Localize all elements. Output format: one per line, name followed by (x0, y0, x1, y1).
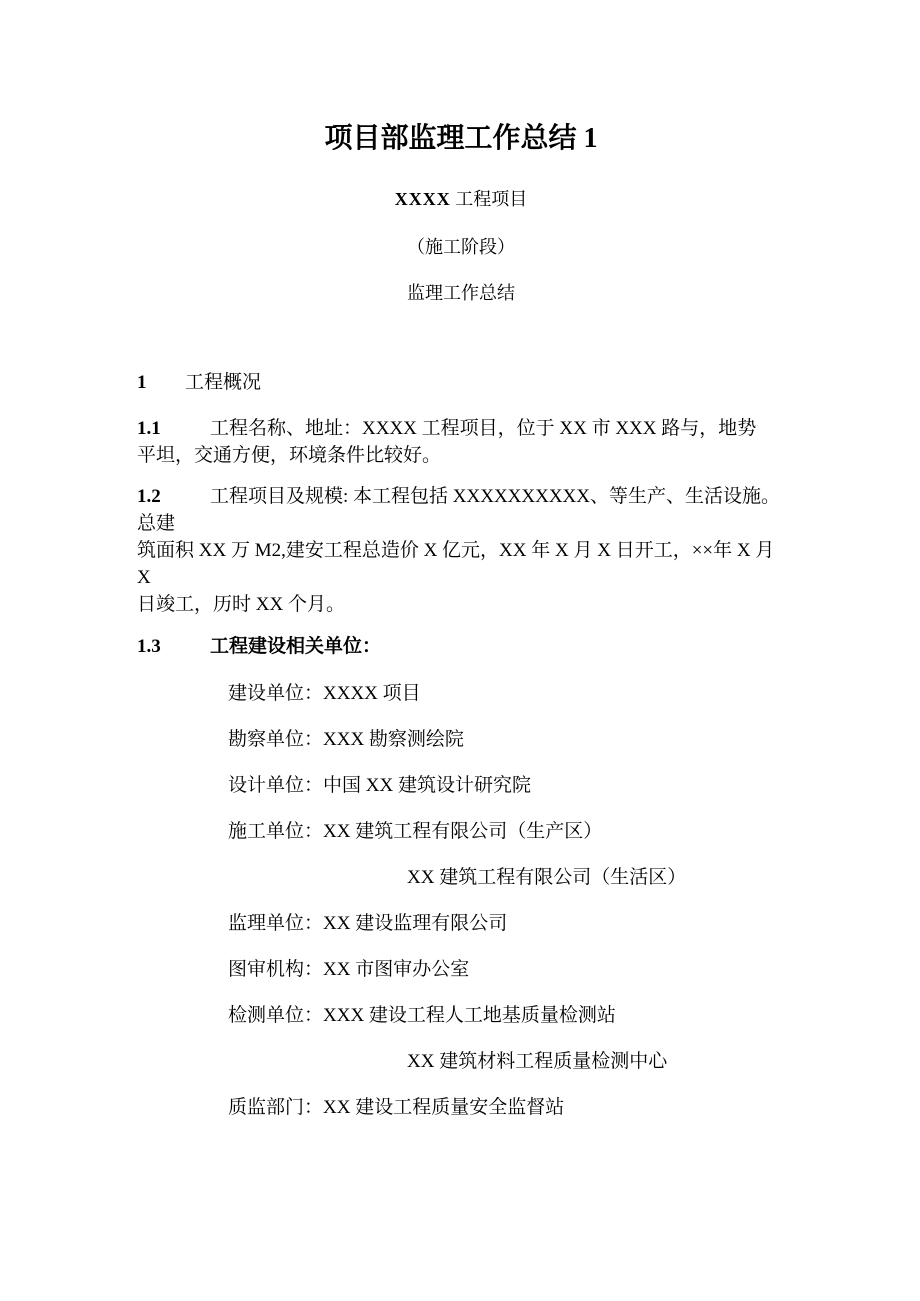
unit-value: XXXX 项目 (323, 683, 421, 704)
unit-row-quality-supervision: 质监部门：XX 建设工程质量安全监督站 (228, 1094, 785, 1121)
unit-row-construction-owner: 建设单位：XXXX 项目 (228, 680, 785, 707)
section-1-heading: 1工程概况 (137, 370, 785, 396)
unit-value: XXX 勘察测绘院 (323, 729, 464, 750)
unit-value: XX 建筑工程有限公司（生产区） (323, 821, 602, 842)
document-page: 项目部监理工作总结 1 XXXX 工程项目 （施工阶段） 监理工作总结 1工程概… (0, 0, 920, 1301)
paragraph-1-2: 1.2工程项目及规模: 本工程包括 XXXXXXXXXX、等生产、生活设施。总建… (137, 483, 785, 618)
unit-value: XX 建设监理有限公司 (323, 913, 507, 934)
paragraph-1-1-number: 1.1 (137, 415, 210, 442)
document-content: 项目部监理工作总结 1 XXXX 工程项目 （施工阶段） 监理工作总结 1工程概… (0, 0, 920, 1121)
paragraph-1-2-line-1: 1.2工程项目及规模: 本工程包括 XXXXXXXXXX、等生产、生活设施。总建 (137, 483, 785, 537)
unit-value: XXX 建设工程人工地基质量检测站 (323, 1005, 616, 1026)
subtitle-project-line: XXXX 工程项目 (137, 187, 785, 211)
paragraph-1-2-text: 工程项目及规模: 本工程包括 XXXXXXXXXX、等生产、生活设施。总建 (137, 486, 780, 534)
paragraph-1-1-line-1: 1.1工程名称、地址：XXXX 工程项目，位于 XX 市 XXX 路与，地势 (137, 415, 785, 442)
subtitle-summary-line: 监理工作总结 (137, 281, 785, 305)
unit-row-contractor-continued: XX 建筑工程有限公司（生活区） (407, 864, 785, 891)
unit-label: 图审机构： (228, 959, 323, 980)
unit-label: 设计单位： (228, 775, 323, 796)
unit-value: XX 建筑工程有限公司（生活区） (407, 867, 686, 888)
unit-value: 中国 XX 建筑设计研究院 (323, 775, 531, 796)
unit-row-contractor: 施工单位：XX 建筑工程有限公司（生产区） (228, 818, 785, 845)
unit-value: XX 建筑材料工程质量检测中心 (407, 1051, 667, 1072)
paragraph-1-3-text: 工程建设相关单位： (210, 636, 381, 657)
paragraph-1-3: 1.3工程建设相关单位： (137, 633, 785, 660)
unit-value: XX 市图审办公室 (323, 959, 469, 980)
paragraph-1-2-line-2: 筑面积 XX 万 M2,建安工程总造价 X 亿元，XX 年 X 月 X 日开工，… (137, 537, 785, 591)
unit-row-testing-continued: XX 建筑材料工程质量检测中心 (407, 1048, 785, 1075)
unit-label: 勘察单位： (228, 729, 323, 750)
subtitle-stage-line: （施工阶段） (137, 235, 785, 259)
unit-row-supervision: 监理单位：XX 建设监理有限公司 (228, 910, 785, 937)
paragraph-1-3-number: 1.3 (137, 633, 210, 660)
unit-label: 检测单位： (228, 1005, 323, 1026)
subtitle-project-placeholder: XXXX (395, 189, 451, 209)
unit-row-survey: 勘察单位：XXX 勘察测绘院 (228, 726, 785, 753)
related-units-list: 建设单位：XXXX 项目 勘察单位：XXX 勘察测绘院 设计单位：中国 XX 建… (137, 680, 785, 1121)
unit-label: 监理单位： (228, 913, 323, 934)
unit-row-design: 设计单位：中国 XX 建筑设计研究院 (228, 772, 785, 799)
subtitle-project-text: 工程项目 (451, 189, 528, 209)
section-1-heading-text: 工程概况 (185, 372, 261, 393)
unit-row-testing: 检测单位：XXX 建设工程人工地基质量检测站 (228, 1002, 785, 1029)
paragraph-1-1-line-2: 平坦，交通方便，环境条件比较好。 (137, 442, 785, 469)
paragraph-1-1-text: 工程名称、地址：XXXX 工程项目，位于 XX 市 XXX 路与，地势 (210, 418, 756, 439)
paragraph-1-2-line-3: 日竣工，历时 XX 个月。 (137, 591, 785, 618)
paragraph-1-1: 1.1工程名称、地址：XXXX 工程项目，位于 XX 市 XXX 路与，地势 平… (137, 415, 785, 469)
section-1-number: 1 (137, 370, 185, 396)
paragraph-1-2-number: 1.2 (137, 483, 210, 510)
unit-row-drawing-review: 图审机构：XX 市图审办公室 (228, 956, 785, 983)
unit-label: 施工单位： (228, 821, 323, 842)
unit-label: 质监部门： (228, 1097, 323, 1118)
unit-label: 建设单位： (228, 683, 323, 704)
unit-value: XX 建设工程质量安全监督站 (323, 1097, 564, 1118)
document-title: 项目部监理工作总结 1 (137, 0, 785, 157)
